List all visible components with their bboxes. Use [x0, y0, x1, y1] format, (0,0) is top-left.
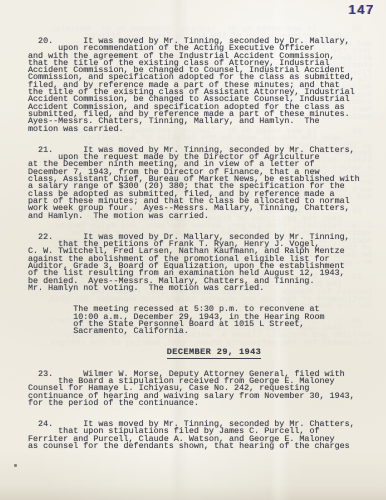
page-number: 147 [349, 2, 375, 17]
session-date-heading-text: DECEMBER 29, 1943 [167, 347, 261, 359]
document-text: 20. It was moved by Mr. Tinning, seconde… [28, 35, 372, 464]
minute-entry-23: 23. Wilmer W. Morse, Deputy Attorney Gen… [28, 371, 372, 407]
ink-speck [14, 464, 17, 467]
minute-entry-21: 21. It was moved by Mr. Tinning, seconde… [28, 147, 372, 220]
minute-entry-24: 24. It was moved by Mr. Tinning, seconde… [28, 421, 372, 450]
minute-entry-22: 22. It was moved by Dr. Mallary, seconde… [28, 234, 372, 292]
recess-note: The meeting recessed at 5:30 p.m. to rec… [28, 306, 372, 335]
session-date-heading: DECEMBER 29, 1943 [56, 349, 372, 356]
minute-entry-20: 20. It was moved by Mr. Tinning, seconde… [28, 38, 372, 133]
